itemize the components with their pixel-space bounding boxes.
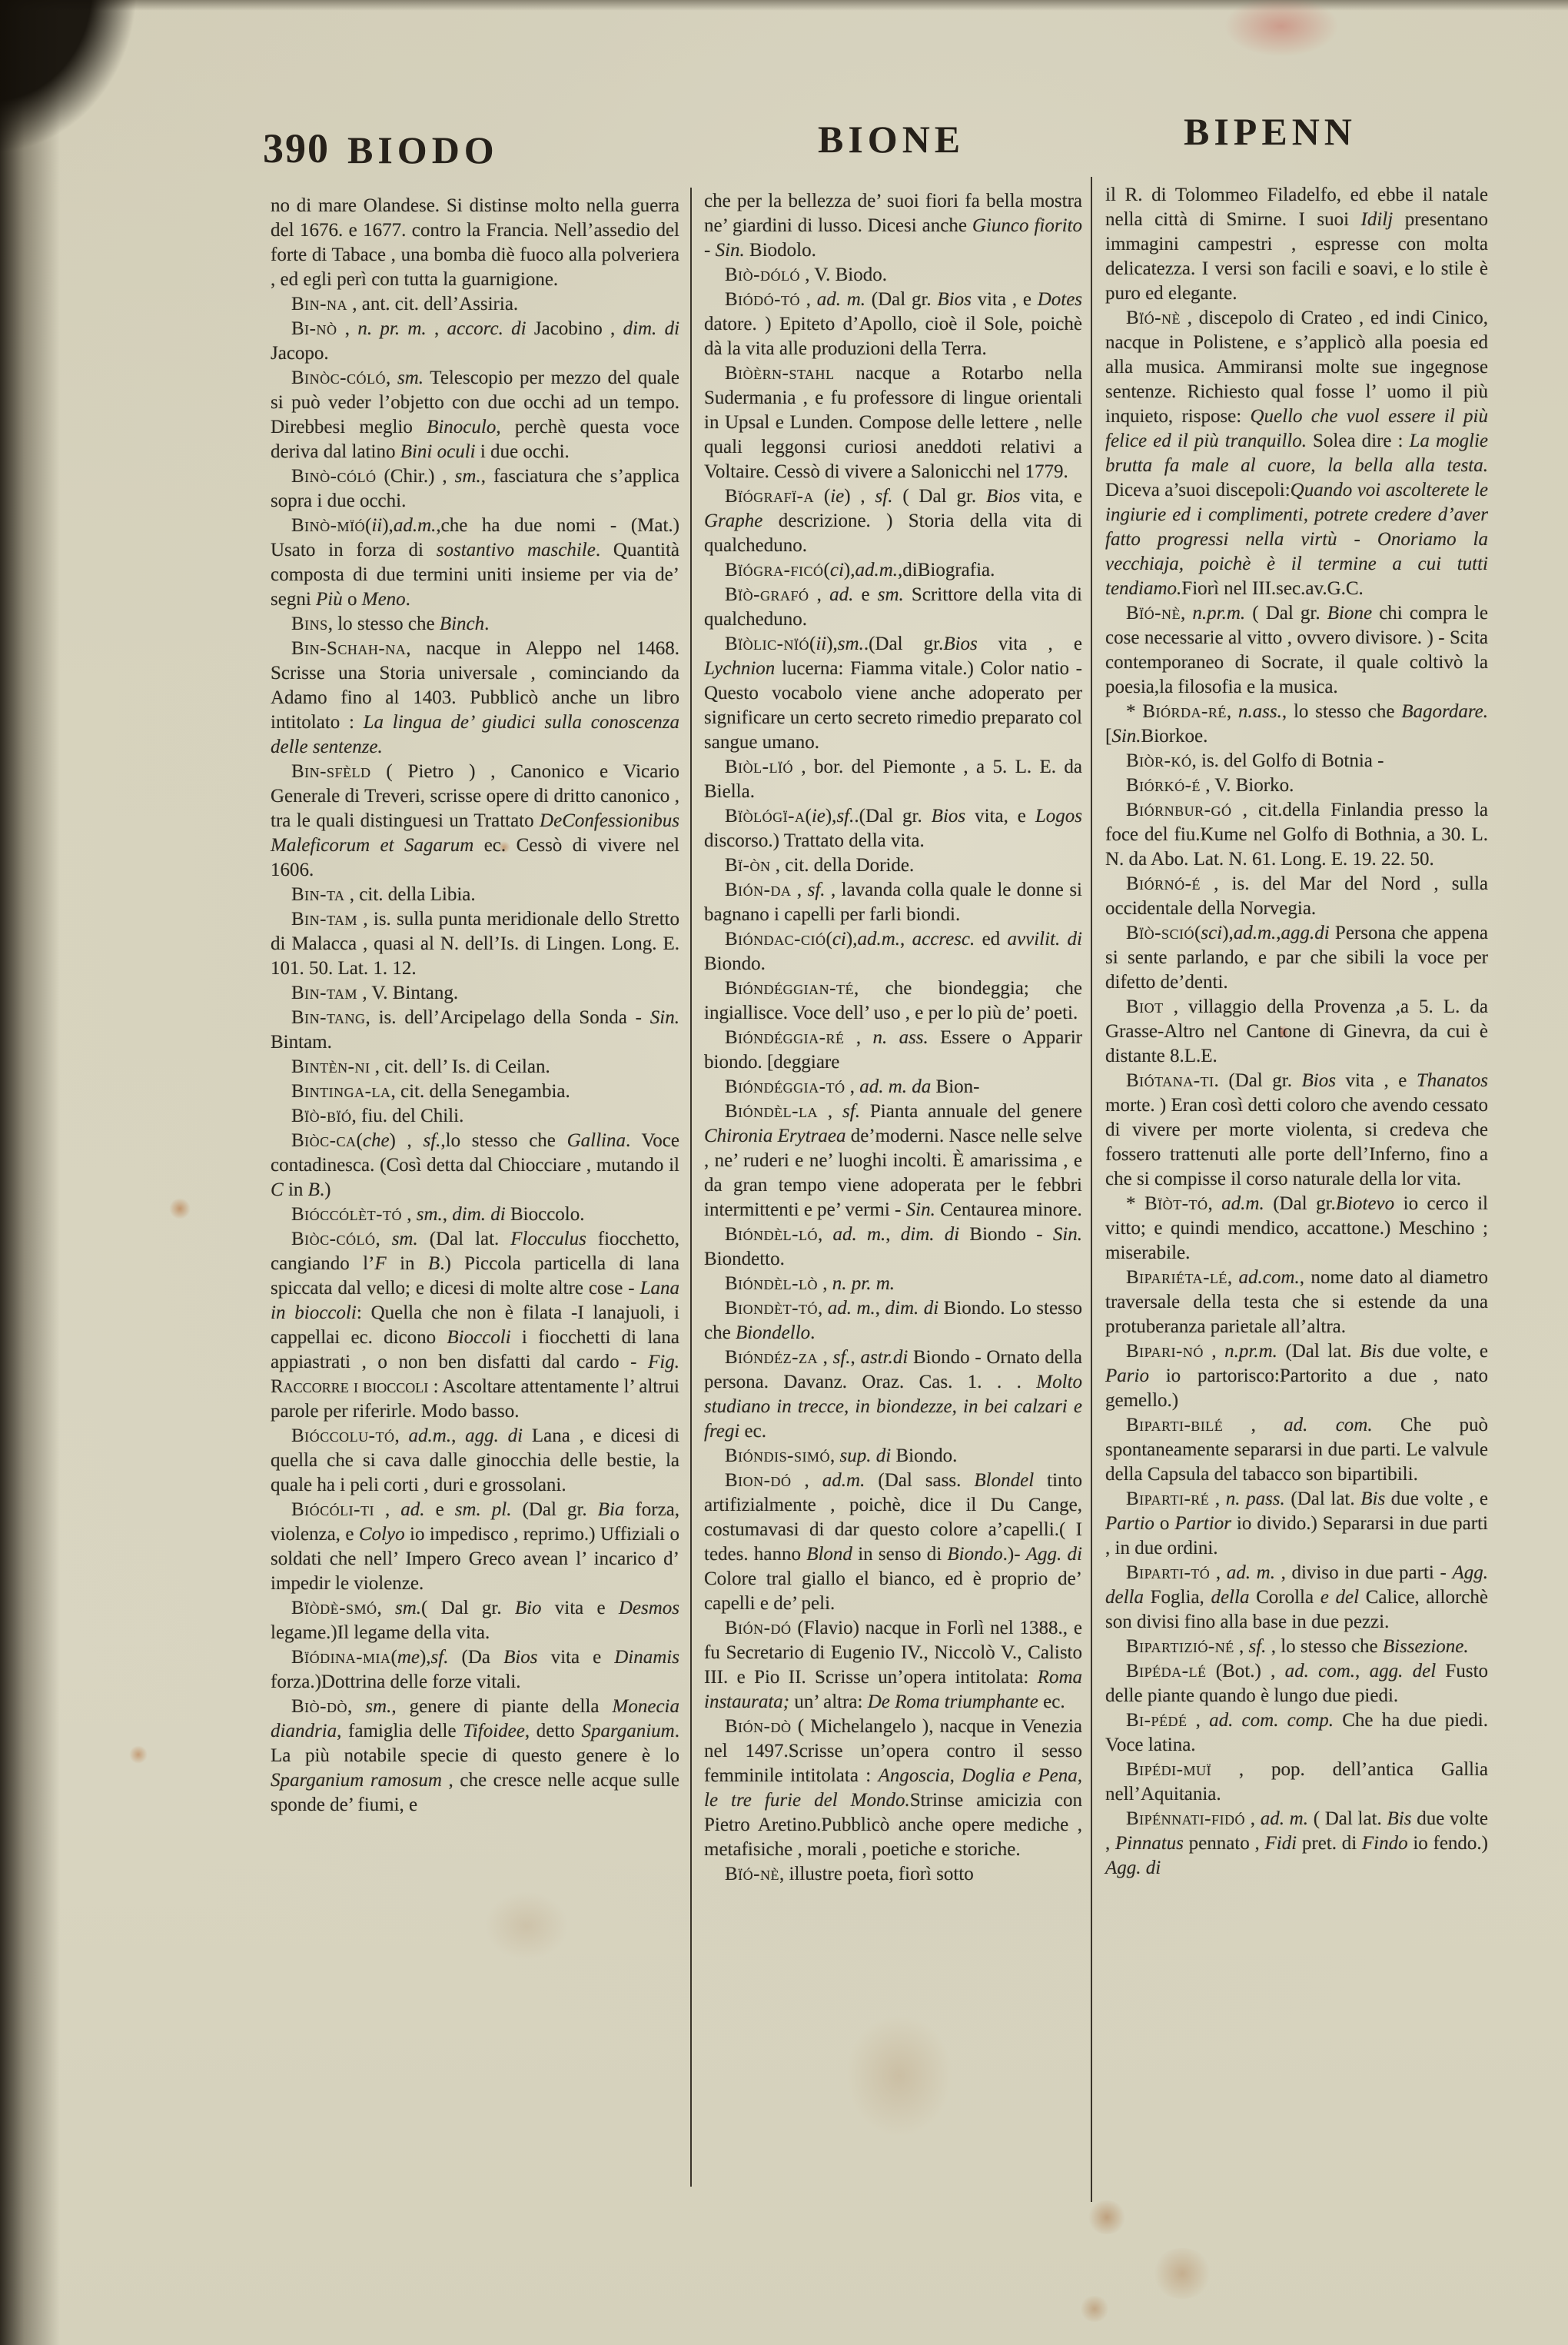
text-run: ad. m. [817,289,865,310]
text-run: , [1227,1267,1239,1288]
text-run: ad. com. [1285,1661,1355,1681]
text-run: , [386,368,397,388]
dictionary-entry: Bión-da , sf. , lavanda colla quale le d… [704,878,1082,927]
text-run: , [402,1204,417,1225]
text-run: Findo [1362,1833,1408,1854]
text-run: sm. [397,368,424,388]
headword: Bïódina-mia [291,1647,390,1668]
headword: Biórda-ré [1142,701,1227,722]
headword: Biòc-cóló [291,1229,376,1249]
text-run: ie [830,486,844,507]
text-run: , [875,1298,885,1319]
text-run: Biondello [736,1322,810,1343]
headword: Bïò-sció [1126,923,1194,943]
dictionary-entry: Binò-mïó(ii),ad.m.,che ha due nomi - (Ma… [271,514,679,612]
text-run: , [1245,1808,1261,1829]
text-run: Dotes [1038,289,1082,310]
stain [1079,2296,1110,2322]
guide-word-right: BIPENN [1184,109,1357,154]
text-run: Bios [503,1647,537,1668]
headword: Bion-dó [725,1470,792,1491]
headword: Bïó-nè [1126,308,1181,328]
text-run: Idilj [1361,209,1394,230]
headword: Bin-sfèld [291,761,371,782]
text-run: (Dal lat. [1277,1341,1360,1362]
text-run: ad. [829,584,853,605]
text-run: , [374,1499,400,1520]
text-run: ad. m. [1227,1562,1275,1583]
text-run: , [1209,1488,1225,1509]
text-run: , detto [525,1721,582,1741]
text-run: , [1204,1341,1224,1362]
text-run: vita, e [1020,486,1082,507]
text-run: Diceva a’suoi discepoli: [1105,480,1291,501]
dictionary-entry: Bipari-nó , n.pr.m. (Dal lat. Bis due vo… [1105,1339,1488,1413]
text-run: dim. di [623,318,679,339]
text-run: Colore tral giallo el bianco, ed è propr… [704,1568,1082,1614]
headword: Bipédi-muï [1126,1759,1211,1780]
text-run: Desmos [619,1598,679,1618]
text-run: , V. Biorko. [1201,775,1294,796]
dictionary-entry: Bipédi-muï , pop. dell’antica Gallia nel… [1105,1758,1488,1807]
text-run: Sin. [906,1199,935,1220]
headword: Bióndèl-lò [725,1273,818,1294]
dictionary-entry: Biórkó-é , V. Biorko. [1105,773,1488,798]
text-run: , [830,1445,840,1466]
text-run: sf. [431,1647,449,1668]
text-run: Graphe [704,511,762,531]
text-run: ad. com. [1284,1415,1372,1435]
headword: Bïòlógï-a [725,806,805,827]
text-run: , [1227,701,1238,722]
text-run: ci [832,929,846,950]
text-run: ( Dal gr. [421,1598,515,1618]
text-run: Bios [943,634,977,654]
text-run: accresc. [912,929,975,950]
text-run: Bis [1387,1808,1412,1829]
dictionary-entry: Bintinga-la, cit. della Senegambia. [271,1079,679,1104]
dictionary-entry: * Bïòt-tó, ad.m. (Dal gr.Biotevo io cerc… [1105,1192,1488,1266]
text-run: me [397,1647,420,1668]
dictionary-entry: Biótana-ti. (Dal gr. Bios vita , e Thana… [1105,1069,1488,1192]
text-run: C [271,1179,284,1200]
headword: Bïòt-tó [1144,1193,1208,1214]
text-run: ( [814,486,830,507]
text-run: della [1211,1587,1249,1608]
dictionary-entry: Biparti-tó , ad. m. , diviso in due part… [1105,1561,1488,1635]
headword: Bióndéggia-ré [725,1027,844,1048]
text-run: ad. m. [832,1224,885,1245]
headword: Biòl-lïó [725,757,793,777]
text-run: (Dal sass. [865,1470,974,1491]
headword: Bipénnati-fidó [1126,1808,1245,1829]
text-run: , is. del Golfo di Botnia - [1192,750,1384,771]
headword: Biòèrn-stahl [725,363,835,384]
text-run: ), [846,929,858,950]
text-run: (Dal lat. [1285,1488,1360,1509]
dictionary-entry: Bintèn-ni , cit. dell’ Is. di Ceilan. [271,1055,679,1079]
text-run: io fendo.) [1408,1833,1488,1854]
text-run: e del [1321,1587,1359,1608]
text-run: vita e [542,1598,619,1618]
dictionary-entry: Bïó-nè , discepolo di Crateo , ed indi C… [1105,306,1488,601]
text-run: sm. [395,1598,421,1618]
text-run: * [1126,701,1142,722]
dictionary-entry: Bin-ta , cit. della Libia. [271,883,679,907]
dictionary-entry: Biot , villaggio della Provenza ,a 5. L.… [1105,995,1488,1069]
text-run: sostantivo maschile [437,540,596,560]
text-run: vita , e [1336,1070,1417,1091]
headword: Bïógrafï-a [725,486,814,507]
text-run: o [343,589,362,610]
text-run: sf. [875,486,893,507]
text-run: (Dal gr. [511,1499,597,1520]
text-run: , [395,1425,409,1446]
text-run: ad.m. [1234,923,1277,943]
dictionary-entry: Biócóli-ti , ad. e sm. pl. (Dal gr. Bia … [271,1498,679,1596]
dictionary-entry: Binòc-cóló, sm. Telescopio per mezzo del… [271,366,679,464]
headword: Biócóli-ti [291,1499,374,1520]
text-run: legame.)Il legame della vita. [271,1622,490,1643]
text-run: Biondo. [891,1445,957,1466]
headword: Bïòdè-smó [291,1598,377,1618]
text-run: Bioccoli [447,1327,510,1348]
text-run: ad.m. [394,515,437,536]
text-run: ad. m. da [859,1076,931,1097]
dictionary-entry: Bióndac-ció(ci),ad.m., accresc. ed avvil… [704,927,1082,976]
text-run: Gallina [567,1130,626,1151]
text-run: B [308,1179,320,1200]
text-run: sup. di [840,1445,892,1466]
text-run: vita , e [978,634,1082,654]
dictionary-entry: Bïógra-ficó(ci),ad.m.,diBiografia. [704,558,1082,583]
text-run: ad.com. [1239,1267,1300,1288]
dictionary-entry: Bïò-grafó , ad. e sm. Scrittore della vi… [704,583,1082,632]
dictionary-entry: Bipéda-lé (Bot.) , ad. com., agg. del Fu… [1105,1659,1488,1708]
text-run: , [818,1298,828,1319]
text-run: Sparganium [581,1721,674,1741]
text-run: Fidi [1264,1833,1297,1854]
headword: Bïòlic-nïó [725,634,809,654]
text-run: sf. [836,806,854,827]
text-run: Bis [1360,1488,1385,1509]
text-run: , [1223,1415,1284,1435]
headword: Bión-dò [725,1716,792,1737]
dictionary-entry: Biòc-cóló, sm. (Dal lat. Flocculus fiocc… [271,1227,679,1424]
headword: Biondèt-tó [725,1298,818,1319]
text-run: , [809,584,830,605]
text-run: ( Dal gr. [892,486,986,507]
text-run: agg. di [465,1425,523,1446]
text-run: dim. di [885,1298,939,1319]
text-run: sm. pl. [455,1499,512,1520]
dictionary-entry: Bïó-nè, n.pr.m. ( Dal gr. Bione chi comp… [1105,601,1488,700]
text-run: , [377,1598,395,1618]
dictionary-entry: Biò-dóló , V. Biodo. [704,263,1082,288]
text-run: che [363,1130,390,1151]
text-run: , [337,318,358,339]
dictionary-entry: Bióndéz-za , sf., astr.di Biondo - Ornat… [704,1345,1082,1444]
text-run: Thanatos [1417,1070,1488,1091]
dictionary-entry: Biòc-ca(che) , sf.,lo stesso che Gallina… [271,1129,679,1202]
dictionary-entry: Bins, lo stesso che Binch. [271,612,679,637]
text-run: Partior [1174,1513,1231,1534]
headword: Biòc-ca [291,1130,357,1151]
text-run: (Bot.) , [1207,1661,1285,1681]
text-run: , [1355,1661,1370,1681]
text-run: , lo stesso che [1266,1636,1382,1657]
dictionary-entry: Bióndéggia-ré , n. ass. Essere o Apparir… [704,1026,1082,1075]
text-run: ,diBiografia. [898,560,995,580]
text-run: (Chir.) , [377,466,455,487]
text-run: n.pr.m. [1224,1341,1277,1362]
dictionary-entry: Biòèrn-stahl nacque a Rotarbo nella Sude… [704,361,1082,484]
text-run: ii [371,515,382,536]
dictionary-entry: Bióndéggian-té, che biondeggia; che ingi… [704,976,1082,1026]
column-divider-right [1091,177,1092,2202]
dictionary-entry: Bïó-nè, illustre poeta, fiorì sotto [704,1862,1082,1887]
text-run: Sin. [1053,1224,1082,1245]
page-number: 390 [263,125,330,172]
headword: Biò-dóló [725,264,800,285]
dictionary-entry: Biparti-ré , n. pass. (Dal lat. Bis due … [1105,1487,1488,1561]
text-run: Blond [806,1544,852,1565]
guide-word-center: BIONE [818,117,965,161]
text-run: , fiu. del Chili. [352,1106,464,1126]
dictionary-entry: Bióndéggia-tó , ad. m. da Bion- [704,1075,1082,1099]
text-run: Fiorì nel III.sec.av.G.C. [1181,578,1364,599]
text-run: .) [320,1179,331,1200]
text-run: , cit. dell’ Is. di Ceilan. [370,1056,550,1077]
headword: Biótana-ti [1126,1070,1214,1091]
text-run: sm. [365,1696,391,1717]
text-run: ad.m. [822,1470,865,1491]
guide-word-left: BIODO [347,128,499,172]
text-run: Foglia, [1144,1587,1211,1608]
text-run: , lo stesso che [328,614,440,634]
text-run: n. pr. m. [832,1273,895,1294]
headword: Bipéda-lé [1126,1661,1207,1681]
headword: Binò-mïó [291,515,365,536]
headword: Bióndis-simó [725,1445,830,1466]
text-run: ), [1222,923,1234,943]
text-run: morte. ) Eran così detti coloro che aven… [1105,1095,1488,1189]
headword: Bintèn-ni [291,1056,370,1077]
text-run: datore. ) Epiteto d’Apollo, cioè il Sole… [704,314,1082,359]
headword: Bïó-nè [1126,603,1181,624]
text-run: Pianta annuale del genere [860,1101,1082,1122]
text-run: Giunco fiorito [972,215,1082,236]
text-run: Corolla [1249,1587,1320,1608]
text-run: .(Dal gr. [864,634,944,654]
headword: Biódó-tó [725,289,800,310]
text-run: accorc. di [447,318,526,339]
text-run: ,lo stesso che [440,1130,566,1151]
text-run: Tifoidee [463,1721,525,1741]
headword: Bïó-nè [725,1864,779,1884]
text-run: , villaggio della Provenza ,a 5. L. da G… [1105,996,1488,1066]
text-run: ), [420,1647,431,1668]
headword: Bin-na [291,294,347,314]
dictionary-entry: Biò-dò, sm., genere di piante della Mone… [271,1695,679,1818]
text-run: , [885,1224,900,1245]
text-run: Meno [362,589,406,610]
text-run: Bini oculi [400,441,476,462]
headword: Bïógra-ficó [725,560,824,580]
text-run: , [443,1204,453,1225]
text-run: sf. [423,1130,440,1151]
stain [484,1891,569,1961]
text-run: Fig. [648,1352,679,1372]
text-run: Sin. [650,1007,679,1028]
dictionary-entry: Bïòlic-nïó(ii),sm..(Dal gr.Bios vita , e… [704,632,1082,755]
text-run: , [844,1027,872,1048]
headword: Bipari-nó [1126,1341,1204,1362]
text-run: , diviso in due parti - [1275,1562,1452,1583]
text-run: ad.m. [855,560,898,580]
text-run: Più [316,589,343,610]
text-run: (Dal gr. [1264,1193,1336,1214]
text-run: ed [975,929,1007,950]
text-run: Bis [1360,1341,1384,1362]
headword: Biparti-bilé [1126,1415,1223,1435]
text-run: ), [844,560,855,580]
dictionary-entry: Binò-cóló (Chir.) , sm., fasciatura che … [271,464,679,514]
text-run: Solea dire : [1307,431,1410,451]
text-run: sci [1201,923,1222,943]
text-run: n.pr.m. [1192,603,1245,624]
dictionary-entry: Bión-dó (Flavio) nacque in Forlì nel 138… [704,1616,1082,1715]
text-run: - [1337,529,1377,550]
text-run: , [818,1101,842,1122]
text-run: Biondo. [704,953,766,974]
text-run: , [792,880,808,900]
column-divider-left [690,188,692,2187]
dictionary-entry: Biórnó-é , is. del Mar del Nord , sulla … [1105,872,1488,921]
text-run: Bioccolo. [506,1204,585,1225]
headword: Biòr-kó [1126,750,1192,771]
text-run: , illustre poeta, fiorì sotto [779,1864,974,1884]
text-run: , [1210,1562,1227,1583]
dictionary-entry: Bióndèl-lò , n. pr. m. [704,1272,1082,1296]
text-run: un’ altra: [789,1691,868,1712]
text-run: , V. Bintang. [357,983,458,1003]
text-run: , cit. della Libia. [345,884,476,905]
text-run: ), [382,515,394,536]
entry-continuation: che per la bellezza de’ suoi fiori fa be… [704,189,1082,263]
text-run: Biotevo [1336,1193,1394,1214]
headword: Bióndèl-la [725,1101,818,1122]
text-run: no di mare Olandese. Si distinse molto n… [271,195,679,290]
book-spine-shadow [0,0,60,2345]
text-run: Bia [598,1499,625,1520]
dictionary-entry: Bïò-bïó, fiu. del Chili. [271,1104,679,1129]
text-run: Biodolo. [745,240,816,261]
text-run: avvilit. di [1008,929,1083,950]
text-run: Colyo [359,1524,405,1545]
torn-corner [0,0,138,154]
text-run: Pinnatus [1115,1833,1184,1854]
page-top-shadow [0,0,1568,11]
text-run: e [425,1499,455,1520]
headword: Bióccólèt-tó [291,1204,402,1225]
text-run: (Dal lat. [418,1229,511,1249]
stain [1151,2248,1213,2299]
text-run: , [347,1696,365,1717]
headword: Biórnó-é [1126,873,1201,894]
text-run: ad.m. [409,1425,452,1446]
headword: Bin-Schah-na [291,638,406,659]
text-run: astr.di [860,1347,908,1368]
headword: Biórkó-é [1126,775,1201,796]
text-run: Sparganium ramosum [271,1770,442,1791]
text-run: io partorisco:Partorito a due , nato gem… [1105,1365,1488,1411]
dictionary-entry: * Biórda-ré, n.ass., lo stesso che Bagor… [1105,700,1488,749]
text-run: , [845,1076,859,1097]
text-run: , lo stesso che [1282,701,1401,722]
headword: Bióccolu-tó [291,1425,395,1446]
text-run: Biorkoe. [1141,726,1208,747]
text-run: i due occhi. [476,441,570,462]
dictionary-entry: Bióndèl-ló, ad. m., dim. di Biondo - Sin… [704,1222,1082,1272]
text-run: Raccorre i bioccoli [271,1376,428,1397]
text-run: ), [826,634,838,654]
text-run: Partio [1105,1513,1154,1534]
headword: Bi-nò [291,318,337,339]
headword: Bin-tang [291,1007,366,1028]
text-run: ad. com. comp. [1209,1710,1334,1731]
text-run: ( Dal gr. [1245,603,1327,624]
dictionary-entry: Bin-tang, is. dell’Arcipelago della Sond… [271,1006,679,1055]
text-run: n. pass. [1226,1488,1285,1509]
text-run: (Da [448,1647,503,1668]
text-run: De Roma triumphante [868,1691,1038,1712]
text-column-right: il R. di Tolommeo Filadelfo, ed ebbe il … [1105,183,1488,1881]
text-run: in [284,1179,308,1200]
text-run: ( [805,806,811,827]
dictionary-entry: Bin-na , ant. cit. dell’Assiria. [271,292,679,317]
text-run: n. ass. [872,1027,928,1048]
dictionary-entry: Bin-tam , V. Bintang. [271,981,679,1006]
headword: Bipartizió-né [1126,1636,1234,1657]
text-run: ad.m. [1221,1193,1264,1214]
text-run: sm. [878,584,904,605]
text-run: , V. Biodo. [800,264,887,285]
text-column-center: che per la bellezza de’ suoi fiori fa be… [704,189,1082,1887]
text-run: B [428,1253,440,1274]
dictionary-entry: Bion-dó , ad.m. (Dal sass. Blondel tinto… [704,1469,1082,1616]
text-run: , [376,1229,392,1249]
headword: Biò-dò [291,1696,347,1717]
text-run: Pario [1105,1365,1149,1386]
text-run: * [1126,1193,1144,1214]
text-run: forza.)Dottrina delle forze vitali. [271,1671,521,1692]
text-run: .(Dal gr. [854,806,931,827]
dictionary-entry: Bi-nò , n. pr. m. , accorc. di Jacobino … [271,317,679,366]
headword: Bióndac-ció [725,929,826,950]
text-run: , [800,289,817,310]
dictionary-entry: Biórnbur-gó , cit.della Finlandia presso… [1105,798,1488,872]
text-run: Blondel [974,1470,1034,1491]
text-run: Biondetto. [704,1249,785,1269]
text-run: Bios [937,289,971,310]
text-run: agg.di [1281,923,1330,943]
text-run: sf. [1249,1636,1267,1657]
dictionary-entry: Bi-pédé , ad. com. comp. Che ha due pied… [1105,1708,1488,1758]
headword: Bin-tam [291,983,357,1003]
text-run: Bione [1327,603,1372,624]
dictionary-entry: Bipénnati-fidó , ad. m. ( Dal lat. Bis d… [1105,1807,1488,1881]
